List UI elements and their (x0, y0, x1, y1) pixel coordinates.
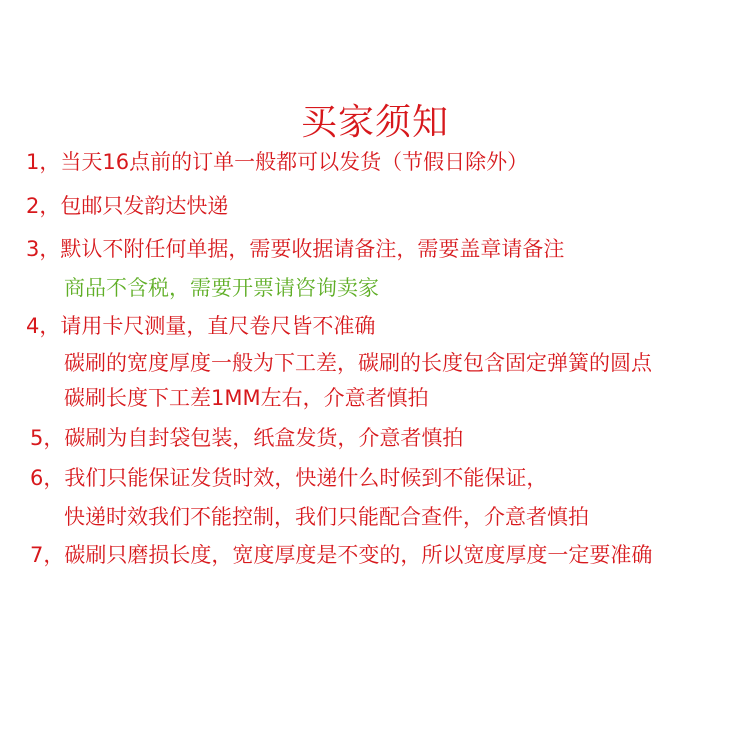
notice-line-2: 2，包邮只发韵达快递 (26, 192, 228, 220)
notice-line-3-tax-note: 商品不含税，需要开票请咨询卖家 (64, 274, 379, 302)
notice-line-4-tolerance: 碳刷的宽度厚度一般为下工差，碳刷的长度包含固定弹簧的圆点 (64, 349, 652, 377)
notice-line-5: 5，碳刷为自封袋包装，纸盒发货，介意者慎拍 (30, 424, 463, 452)
notice-line-7: 7，碳刷只磨损长度，宽度厚度是不变的，所以宽度厚度一定要准确 (30, 541, 652, 569)
notice-line-6: 6，我们只能保证发货时效，快递什么时候到不能保证， (30, 464, 547, 492)
notice-line-4: 4，请用卡尺测量，直尺卷尺皆不准确 (26, 312, 375, 340)
notice-line-4-length: 碳刷长度下工差1MM左右，介意者慎拍 (64, 384, 429, 412)
notice-line-3: 3，默认不附任何单据，需要收据请备注，需要盖章请备注 (26, 235, 564, 263)
page-title: 买家须知 (0, 100, 750, 146)
notice-line-1: 1，当天16点前的订单一般都可以发货（节假日除外） (26, 148, 528, 176)
notice-line-6-continued: 快递时效我们不能控制，我们只能配合查件，介意者慎拍 (64, 503, 589, 531)
